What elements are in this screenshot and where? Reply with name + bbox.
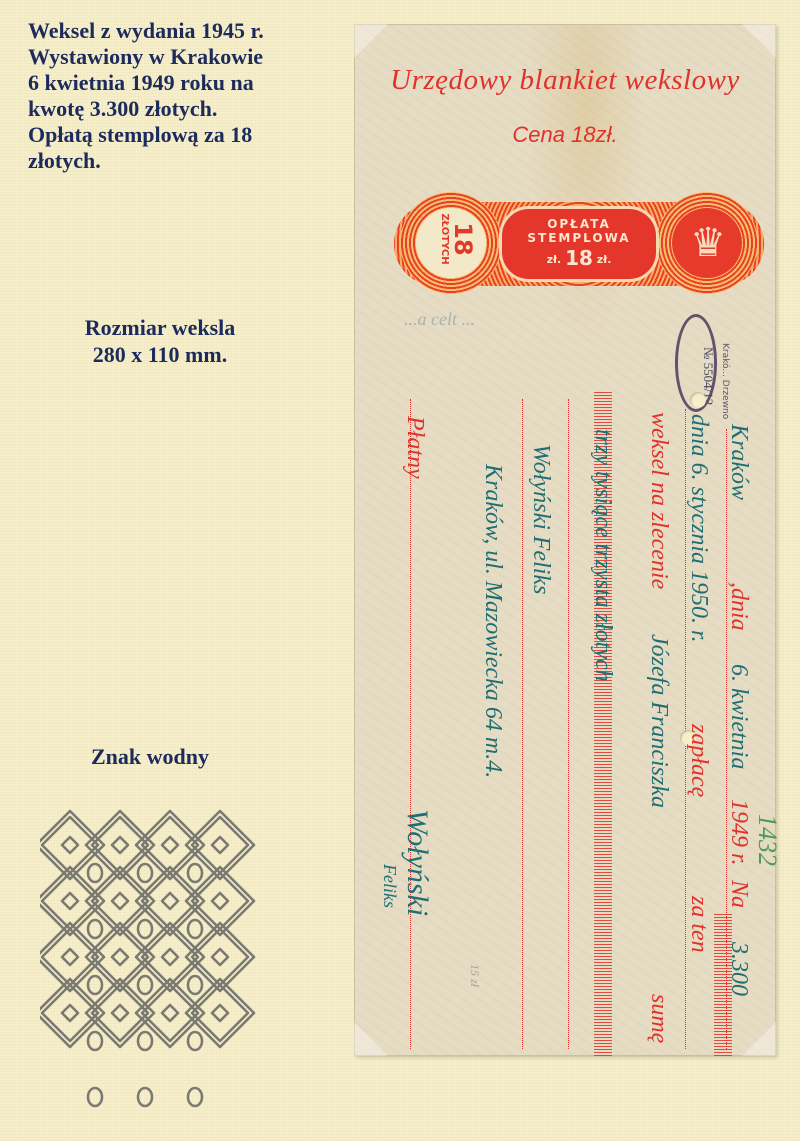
label-weksel-na-zlecenie: weksel na zlecenie (645, 412, 672, 589)
year-label: 1949 r. (725, 799, 752, 866)
description-line: Weksel z wydania 1945 r. (28, 18, 358, 44)
label-sume: sumę (645, 994, 672, 1043)
amount-handwritten: 3.300 (725, 942, 752, 996)
description-line: złotych. (28, 148, 358, 174)
dotted-line (410, 399, 411, 1049)
label-na: Na (725, 880, 752, 908)
due-date-handwritten: dnia 6. stycznia 1950. r. (685, 414, 712, 643)
signature-first-name: Feliks (379, 864, 400, 908)
drawer-name-handwritten: Wołyński Feliks (527, 444, 554, 594)
label-zaplace: zapłacę (685, 724, 712, 797)
signature-handwritten: Wołyński (400, 809, 434, 916)
registry-number-handwritten: 1432 (752, 814, 782, 866)
description-text: Weksel z wydania 1945 r. Wystawiony w Kr… (28, 18, 358, 174)
description-line: Opłatą stemplową za 18 (28, 122, 358, 148)
dotted-line (522, 399, 523, 1049)
size-note-line1: Rozmiar weksla (0, 314, 320, 341)
payee-handwritten: Józefa Franciszka (645, 634, 672, 808)
watermark-lattice-icon (40, 805, 260, 1125)
bill-form: Kraków ,dnia 6. kwietnia 1949 r. 1432 Na… (354, 24, 776, 1056)
size-note-line2: 280 x 110 mm. (0, 341, 320, 368)
drawer-address-handwritten: Kraków, ul. Mazowiecka 64 m.4. (479, 464, 506, 778)
bill-of-exchange: Urzędowy blankiet wekslowy Cena 18zł. 18… (354, 24, 776, 1056)
description-line: 6 kwietnia 1949 roku na (28, 70, 358, 96)
date-handwritten: 6. kwietnia (725, 664, 752, 769)
dotted-line (568, 399, 569, 1049)
label-za-ten: za ten (685, 896, 712, 953)
place-handwritten: Kraków (725, 424, 752, 500)
description-line: kwotę 3.300 złotych. (28, 96, 358, 122)
watermark-label: Znak wodny (0, 744, 300, 770)
label-dnia: ,dnia (725, 582, 752, 631)
size-note: Rozmiar weksla 280 x 110 mm. (0, 314, 320, 368)
label-platny: Płatny (401, 416, 428, 479)
punch-hole (690, 392, 706, 408)
pencil-mark: 15 zł (467, 964, 482, 987)
description-line: Wystawiony w Krakowie (28, 44, 358, 70)
amount-words-handwritten: trzy tysiące trzysta złotych (589, 429, 616, 682)
